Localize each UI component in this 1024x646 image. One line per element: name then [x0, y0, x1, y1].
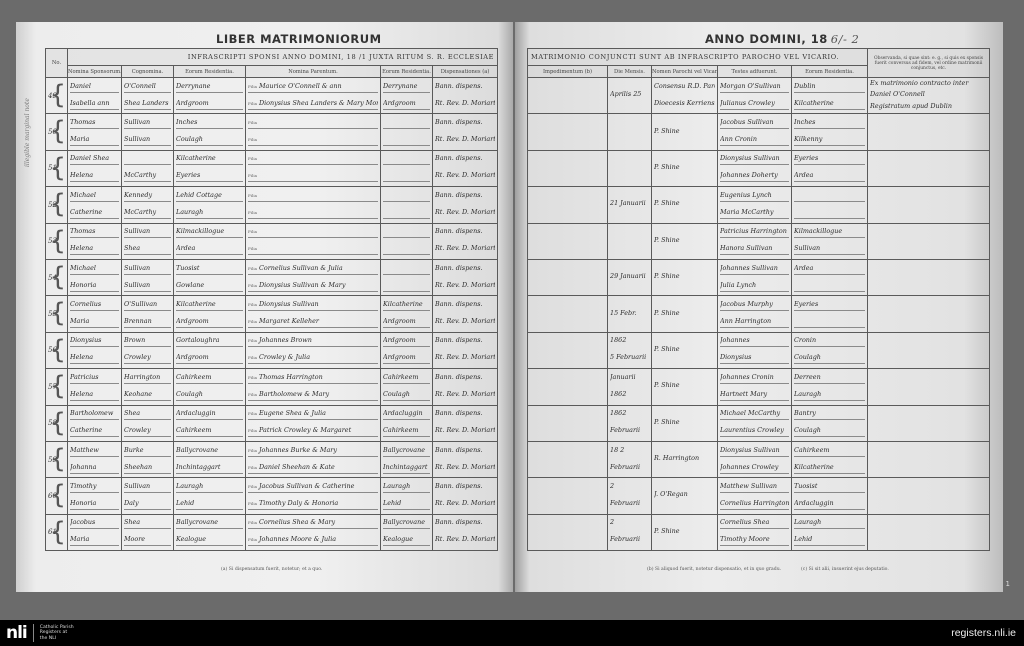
parents-residence-text: Ballycrovane: [383, 446, 425, 454]
filia-label: Filia: [248, 319, 257, 324]
nli-brand[interactable]: nli Catholic Parish Registers at the NLI: [6, 623, 74, 643]
officiating-priest: R. Harrington: [652, 441, 718, 477]
witness-text: Hanora Sullivan: [720, 244, 772, 252]
spouse-name-text: Helena: [70, 353, 93, 361]
impediment: [528, 478, 608, 514]
witness-text: Dionysius Sullivan: [720, 154, 780, 162]
officiating-priest: Consensu R.D. ParochiDioecesis Kerriensi…: [652, 78, 718, 114]
marriage-date: 18 2Februarii: [608, 441, 652, 477]
left-page-title: LIBER MATRIMONIORUM: [216, 32, 382, 46]
officiating-priest: P. Shine: [652, 223, 718, 259]
site-link[interactable]: registers.nli.ie: [951, 627, 1016, 639]
entry-number: 58{: [46, 405, 68, 441]
priest-text: Consensu R.D. Parochi: [654, 82, 715, 90]
witness-residence: Lauragh: [794, 390, 865, 401]
parents-text: Timothy Daly & Honoria: [259, 499, 338, 507]
entry-number: 50{: [46, 114, 68, 150]
spouse-names: ThomasHelena: [68, 223, 122, 259]
filia-label: Filia: [248, 246, 257, 251]
observations: [868, 441, 990, 477]
witness-text: Hartnett Mary: [720, 390, 767, 398]
witness-residence-text: Kilkenny: [794, 135, 822, 143]
spouse-name-text: Cornelius: [70, 300, 101, 308]
residence: Tuosist: [176, 264, 243, 275]
parents-text: Jacobus Sullivan & Catherine: [259, 482, 354, 490]
dispensation-note: Rt. Rev. D. Moriarty: [435, 390, 495, 401]
parents-names: FiliaCornelius Sullivan & JuliaFiliaDion…: [246, 259, 381, 295]
spouse-surname: Sullivan: [124, 264, 171, 275]
edge-mark: 1: [1006, 580, 1010, 588]
witnesses: Morgan O'SullivanJulianus Crowley: [718, 78, 792, 114]
table-row: Januarii1862P. ShineJohannes CroninHartn…: [528, 369, 990, 405]
entry-number: 55{: [46, 296, 68, 332]
witness-text: Jacobus Sullivan: [720, 118, 773, 126]
spouse-surname: McCarthy: [124, 208, 171, 219]
witness-text: Cornelius Harrington: [720, 499, 789, 507]
priest: P. Shine: [654, 236, 715, 247]
col-header-cognomina: Cognomina.: [122, 66, 174, 78]
brace-icon: {: [49, 518, 66, 546]
brace-icon: {: [49, 263, 66, 291]
dispensation-note: Bann. dispens.: [435, 300, 495, 311]
witnesses: Johannes SullivanJulia Lynch: [718, 259, 792, 295]
witness-text: Dionysius: [720, 353, 751, 361]
date-text: 2: [610, 482, 614, 490]
col-header-number: No.: [46, 49, 68, 78]
dispensation: Bann. dispens.Rt. Rev. D. Moriarty: [433, 514, 498, 550]
spouse-name: Helena: [70, 171, 119, 182]
witness: Hartnett Mary: [720, 390, 789, 401]
residence-text: Lauragh: [176, 482, 203, 490]
dispensation-note-text: Bann. dispens.: [435, 227, 483, 235]
date: 1862: [610, 390, 649, 401]
filia-label: Filia: [248, 266, 257, 271]
spouse-names: CorneliusMaria: [68, 296, 122, 332]
spouse-name-text: Jacobus: [70, 518, 95, 526]
parents-names: FiliaJacobus Sullivan & CatherineFiliaTi…: [246, 478, 381, 514]
spouse-surname-text: Shea: [124, 244, 140, 252]
parents-residence: [383, 208, 430, 219]
dispensation-note: Rt. Rev. D. Moriarty: [435, 281, 495, 292]
date: Februarii: [610, 463, 649, 474]
date-text: 21 Januarii: [610, 199, 646, 207]
dispensation: Bann. dispens.Rt. Rev. D. Moriarty: [433, 259, 498, 295]
parents-text: Johannes Moore & Julia: [259, 535, 336, 543]
priest: P. Shine: [654, 381, 715, 392]
parents: Filia: [248, 154, 378, 165]
dispensation-note-text: Bann. dispens.: [435, 82, 483, 90]
witness-residence-text: Inches: [794, 118, 815, 126]
filia-label: Filia: [248, 193, 257, 198]
parents-text: Johannes Brown: [259, 336, 312, 344]
observations: [868, 187, 990, 223]
dispensation-note-text: Rt. Rev. D. Moriarty: [435, 317, 495, 325]
witness-residence: TuosistArdacluggin: [792, 478, 868, 514]
witness-text: Johannes Sullivan: [720, 264, 778, 272]
spouse-name-text: Daniel: [70, 82, 91, 90]
dispensation-note: Bann. dispens.: [435, 82, 495, 93]
entry-number: 57{: [46, 369, 68, 405]
parents-names: FiliaJohannes Burke & MaryFiliaDaniel Sh…: [246, 441, 381, 477]
brace-icon: {: [49, 154, 66, 182]
parents-residence-text: Kilcatherine: [383, 300, 423, 308]
right-title-text: ANNO DOMINI, 18: [705, 32, 828, 46]
parents-text: Daniel Sheehan & Kate: [259, 463, 335, 471]
spouse-name-text: Helena: [70, 244, 93, 252]
priest: P. Shine: [654, 309, 715, 320]
witnesses: Patricius HarringtonHanora Sullivan: [718, 223, 792, 259]
witness-residence: Kilcatherine: [794, 99, 865, 110]
brace-icon: {: [49, 299, 66, 327]
table-row: 55{CorneliusMariaO'SullivanBrennanKilcat…: [46, 296, 498, 332]
parents-residence: ArdgroomArdgroom: [381, 332, 433, 368]
witness-residence: Cronin: [794, 336, 865, 347]
table-row: 58{BartholomewCatherineSheaCrowleyArdacl…: [46, 405, 498, 441]
filia-label: Filia: [248, 537, 257, 542]
spouse-surname: Sullivan: [124, 482, 171, 493]
spouse-name: Helena: [70, 353, 119, 364]
parents-residence-text: Cahirkeem: [383, 373, 418, 381]
parents: Filia: [248, 135, 378, 146]
spouse-name-text: Maria: [70, 317, 89, 325]
witness-residence: [792, 187, 868, 223]
residence: Kilcatherine: [176, 154, 243, 165]
footnote-c: (c) Si sit alii, insuerint ejus deputati…: [801, 567, 889, 572]
witness-residence-text: Coulagh: [794, 353, 821, 361]
table-row: 18625 FebruariiP. ShineJohannesDionysius…: [528, 332, 990, 368]
spouse-surnames: KennedyMcCarthy: [122, 187, 174, 223]
witness-residence: Eyeries: [794, 154, 865, 165]
spouse-surname: Sullivan: [124, 118, 171, 129]
dispensation-note: Rt. Rev. D. Moriarty: [435, 499, 495, 510]
table-row: 49{DanielIsabella annO'ConnellShea Lande…: [46, 78, 498, 114]
witnesses: Jacobus MurphyAnn Harrington: [718, 296, 792, 332]
dispensation-note: Rt. Rev. D. Moriarty: [435, 99, 495, 110]
handwritten-year: 6/- 2: [831, 32, 860, 46]
spouse-surname-text: Sullivan: [124, 264, 150, 272]
parents-text: Margaret Kelleher: [259, 317, 319, 325]
spouse-names: DanielIsabella ann: [68, 78, 122, 114]
dispensation-note-text: Bann. dispens.: [435, 409, 483, 417]
table-row: P. ShinePatricius HarringtonHanora Sulli…: [528, 223, 990, 259]
spouse-surname: O'Sullivan: [124, 300, 171, 311]
spouse-surname: Moore: [124, 535, 171, 546]
footnote-b: (b) Si aliquod fuerit, notetur dispensat…: [647, 567, 781, 572]
parents-residence: Coulagh: [383, 390, 430, 401]
table-row: P. ShineDionysius SullivanJohannes Doher…: [528, 150, 990, 186]
dispensation-note-text: Bann. dispens.: [435, 518, 483, 526]
witness-residence-text: Lauragh: [794, 390, 821, 398]
witness-residence-text: Lauragh: [794, 518, 821, 526]
date-text: 1862: [610, 409, 626, 417]
dispensation-note: Rt. Rev. D. Moriarty: [435, 317, 495, 328]
witness-text: Johannes Doherty: [720, 171, 778, 179]
parents-residence: [383, 118, 430, 129]
impediment: [528, 441, 608, 477]
dispensation: Bann. dispens.Rt. Rev. D. Moriarty: [433, 223, 498, 259]
priest: P. Shine: [654, 345, 715, 356]
witness-residence-text: Dublin: [794, 82, 816, 90]
date: 29 Januarii: [610, 272, 649, 283]
parents: FiliaJacobus Sullivan & Catherine: [248, 482, 378, 493]
dispensation-note: Rt. Rev. D. Moriarty: [435, 463, 495, 474]
spouse-name: Bartholomew: [70, 409, 119, 420]
spouse-name: Johanna: [70, 463, 119, 474]
witnesses: JohannesDionysius: [718, 332, 792, 368]
dispensation-note-text: Rt. Rev. D. Moriarty: [435, 463, 495, 471]
marriage-date: Aprilis 25: [608, 78, 652, 114]
dispensation-note: Bann. dispens.: [435, 373, 495, 384]
witness-text: Ann Harrington: [720, 317, 771, 325]
spouse-surnames: SheaCrowley: [122, 405, 174, 441]
marriage-date: 21 Januarii: [608, 187, 652, 223]
residence: Inches: [176, 118, 243, 129]
margin-note: illegible marginal note: [24, 77, 34, 167]
spouse-name: Michael: [70, 264, 119, 275]
priest-text: R. Harrington: [654, 454, 699, 462]
spouse-surname: Crowley: [124, 353, 171, 364]
officiating-priest: P. Shine: [652, 296, 718, 332]
spouse-name: Honoria: [70, 281, 119, 292]
dispensation-note: Bann. dispens.: [435, 118, 495, 129]
filia-label: Filia: [248, 448, 257, 453]
filia-label: Filia: [248, 375, 257, 380]
parents-residence: Lehid: [383, 499, 430, 510]
observations: [868, 150, 990, 186]
spouse-residence: Lehid CottageLauragh: [174, 187, 246, 223]
date-text: Aprilis 25: [610, 90, 641, 98]
parents: FiliaDionysius Sullivan: [248, 300, 378, 311]
entry-number: 56{: [46, 332, 68, 368]
spouse-name: Jacobus: [70, 518, 119, 529]
date: Januarii: [610, 373, 649, 384]
observation: Daniel O'Connell: [870, 90, 987, 101]
dispensation-note-text: Rt. Rev. D. Moriarty: [435, 244, 495, 252]
observations: Ex matrimonio contracto interDaniel O'Co…: [868, 78, 990, 114]
filia-label: Filia: [248, 465, 257, 470]
spouse-name: Thomas: [70, 227, 119, 238]
dispensation-note: Bann. dispens.: [435, 446, 495, 457]
witnesses: Jacobus SullivanAnn Cronin: [718, 114, 792, 150]
witness-residence: Tuosist: [794, 482, 865, 493]
dispensation: Bann. dispens.Rt. Rev. D. Moriarty: [433, 332, 498, 368]
dispensation-note: Rt. Rev. D. Moriarty: [435, 244, 495, 255]
parents-residence: Cahirkeem: [383, 373, 430, 384]
impediment: [528, 150, 608, 186]
filia-label: Filia: [248, 229, 257, 234]
spouse-name: Helena: [70, 390, 119, 401]
parents-residence: LauraghLehid: [381, 478, 433, 514]
spouse-names: BartholomewCatherine: [68, 405, 122, 441]
date: 21 Januarii: [610, 199, 649, 210]
dispensation-note-text: Bann. dispens.: [435, 300, 483, 308]
parents-text: Thomas Harrington: [259, 373, 323, 381]
witness-residence: Sullivan: [794, 244, 865, 255]
impediment: [528, 187, 608, 223]
spouse-name: Cornelius: [70, 300, 119, 311]
parents: FiliaCrowley & Julia: [248, 353, 378, 364]
brace-icon: {: [49, 445, 66, 473]
witness-residence-text: Ardacluggin: [794, 499, 834, 507]
witness-residence-text: Kilmackillogue: [794, 227, 842, 235]
spouse-name: Daniel: [70, 82, 119, 93]
spouse-surname: Brown: [124, 336, 171, 347]
table-row: 2FebruariiP. ShineCornelius SheaTimothy …: [528, 514, 990, 550]
witness: Maria McCarthy: [720, 208, 789, 219]
residence: Ardgroom: [176, 99, 243, 110]
date-text: 1862: [610, 390, 626, 398]
parents-residence: Ardgroom: [383, 317, 430, 328]
parents-text: Dionysius Sullivan & Mary: [259, 281, 345, 289]
witness-residence: Kilcatherine: [794, 463, 865, 474]
witness: Ann Harrington: [720, 317, 789, 328]
residence: Ballycrovane: [176, 446, 243, 457]
spouse-surname: Sullivan: [124, 135, 171, 146]
parents-residence: [381, 259, 433, 295]
residence-text: Gortaloughra: [176, 336, 219, 344]
residence-text: Derrynane: [176, 82, 210, 90]
witness-residence: Ardacluggin: [794, 499, 865, 510]
spouse-residence: TuosistGowlane: [174, 259, 246, 295]
residence: Cahirkeem: [176, 426, 243, 437]
spouse-surname: McCarthy: [124, 171, 171, 182]
priest: Dioecesis Kerriensis: [654, 99, 715, 110]
spouse-surname: Shea: [124, 244, 171, 255]
spouse-name-text: Helena: [70, 390, 93, 398]
witness-residence: Bantry: [794, 409, 865, 420]
brace-icon: {: [49, 336, 66, 364]
parents-text: Cornelius Shea & Mary: [259, 518, 335, 526]
filia-label: Filia: [248, 120, 257, 125]
priest-text: P. Shine: [654, 309, 680, 317]
col-header-testes-residentia: Eorum Residentia.: [792, 66, 868, 78]
observations: [868, 114, 990, 150]
date-text: 29 Januarii: [610, 272, 646, 280]
priest-text: P. Shine: [654, 272, 680, 280]
date: Februarii: [610, 535, 649, 546]
parents-residence: [381, 114, 433, 150]
parents-names: FiliaThomas HarringtonFiliaBartholomew &…: [246, 369, 381, 405]
residence: Ardea: [176, 244, 243, 255]
spouse-name: Maria: [70, 135, 119, 146]
residence: Ballycrovane: [176, 518, 243, 529]
entry-number: 51{: [46, 150, 68, 186]
residence-text: Ardacluggin: [176, 409, 216, 417]
left-banner: INFRASCRIPTI SPONSI ANNO DOMINI, 18 /1 J…: [68, 49, 498, 66]
witness: Morgan O'Sullivan: [720, 82, 789, 93]
residence-text: Ballycrovane: [176, 446, 218, 454]
date-text: 2: [610, 518, 614, 526]
dispensation-note: Bann. dispens.: [435, 518, 495, 529]
witness-residence: [794, 208, 865, 219]
witness-residence-text: Cahirkeem: [794, 446, 829, 454]
dispensation-note-text: Rt. Rev. D. Moriarty: [435, 390, 495, 398]
marriage-date: 1862Februarii: [608, 405, 652, 441]
witness-text: Johannes: [720, 336, 750, 344]
witness-residence: [794, 317, 865, 328]
parents-residence-text: Ardacluggin: [383, 409, 423, 417]
residence-text: Lauragh: [176, 208, 203, 216]
date-text: Februarii: [610, 535, 640, 543]
parents-residence: Inchintaggart: [383, 463, 430, 474]
parents: FiliaCornelius Sullivan & Julia: [248, 264, 378, 275]
spouse-name-text: Matthew: [70, 446, 99, 454]
spouse-name: Helena: [70, 244, 119, 255]
spouse-surname-text: Keohane: [124, 390, 152, 398]
dispensation: Bann. dispens.Rt. Rev. D. Moriarty: [433, 114, 498, 150]
dispensation-note-text: Bann. dispens.: [435, 191, 483, 199]
parents-residence: CahirkeemCoulagh: [381, 369, 433, 405]
witness-text: Johannes Cronin: [720, 373, 774, 381]
spouse-name-text: Michael: [70, 191, 96, 199]
spouse-names: MichaelHonoria: [68, 259, 122, 295]
dispensation-note: Bann. dispens.: [435, 191, 495, 202]
spouse-name: Honoria: [70, 499, 119, 510]
spouse-names: DionysiusHelena: [68, 332, 122, 368]
parents-residence-text: Coulagh: [383, 390, 410, 398]
nli-logo: nli: [6, 623, 27, 643]
impediment: [528, 369, 608, 405]
parents-residence: [383, 281, 430, 292]
spouse-surname: Harrington: [124, 373, 171, 384]
residence: Lehid: [176, 499, 243, 510]
spouse-name: Catherine: [70, 208, 119, 219]
date-text: 5 Februarii: [610, 353, 646, 361]
witness-text: Morgan O'Sullivan: [720, 82, 781, 90]
parents-residence-text: Derrynane: [383, 82, 417, 90]
spouse-surname-text: Shea: [124, 409, 140, 417]
parents-residence: [383, 191, 430, 202]
witnesses: Matthew SullivanCornelius Harrington: [718, 478, 792, 514]
spouse-surname-text: Kennedy: [124, 191, 152, 199]
witness-text: Jacobus Murphy: [720, 300, 773, 308]
table-row: 57{PatriciusHelenaHarringtonKeohaneCahir…: [46, 369, 498, 405]
col-header-impedimentum: Impedimentum (b): [528, 66, 608, 78]
impediment: [528, 223, 608, 259]
parents: FiliaMargaret Kelleher: [248, 317, 378, 328]
spouse-names: Daniel SheaHelena: [68, 150, 122, 186]
filia-label: Filia: [248, 520, 257, 525]
witness-text: Michael McCarthy: [720, 409, 780, 417]
witness-residence: Kilkenny: [794, 135, 865, 146]
dispensation-note-text: Bann. dispens.: [435, 118, 483, 126]
parents-residence: Ardgroom: [383, 336, 430, 347]
spouse-surnames: BurkeSheehan: [122, 441, 174, 477]
date: 18 2: [610, 446, 649, 457]
col-header-die-mensis: Die Mensis.: [608, 66, 652, 78]
spouse-surname-text: Harrington: [124, 373, 160, 381]
parents: FiliaDaniel Sheehan & Kate: [248, 463, 378, 474]
spouse-residence: InchesCoulagh: [174, 114, 246, 150]
spouse-name-text: Honoria: [70, 281, 96, 289]
brand-text: Catholic Parish Registers at the NLI: [40, 625, 74, 641]
filia-label: Filia: [248, 484, 257, 489]
residence: Ardgroom: [176, 353, 243, 364]
parents-names: FiliaEugene Shea & JuliaFiliaPatrick Cro…: [246, 405, 381, 441]
priest: P. Shine: [654, 127, 715, 138]
spouse-surname-text: Brennan: [124, 317, 152, 325]
spouse-surname-text: Moore: [124, 535, 145, 543]
table-row: 18 2FebruariiR. HarringtonDionysius Sull…: [528, 441, 990, 477]
spouse-surname: Sullivan: [124, 281, 171, 292]
col-header-parentum: Nomina Parentum.: [246, 66, 381, 78]
residence: Derrynane: [176, 82, 243, 93]
witness: Johannes Doherty: [720, 171, 789, 182]
date: [610, 163, 649, 174]
impediment: [528, 259, 608, 295]
parents-residence: [383, 264, 430, 275]
spouse-names: PatriciusHelena: [68, 369, 122, 405]
